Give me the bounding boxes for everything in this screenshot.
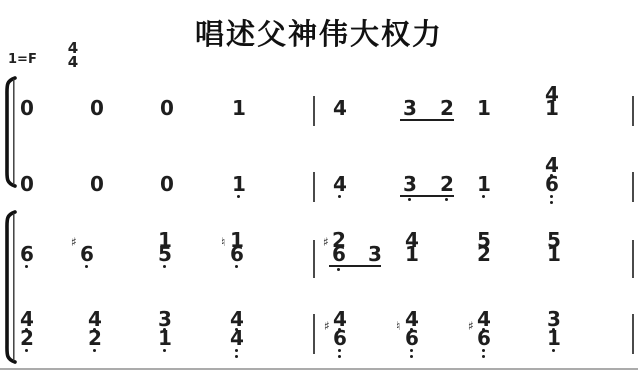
note-digit: 0 [160, 98, 174, 118]
note-digit: 6 [477, 328, 491, 348]
note-digit: 3 [403, 98, 417, 118]
note-digit: 0 [160, 174, 174, 194]
note-digit: 4 [333, 174, 347, 194]
brace-icon [0, 76, 18, 188]
note-digit: 2 [440, 174, 454, 194]
barline [632, 172, 634, 202]
note-digit: 2 [88, 328, 102, 348]
octave-dot [410, 355, 413, 358]
note-digit: 6 [332, 244, 346, 264]
octave-dot [235, 349, 238, 352]
octave-dot [550, 201, 553, 204]
note-digit: 0 [20, 174, 34, 194]
natural-icon: ♮ [396, 320, 400, 332]
score-sheet: 唱述父神伟大权力 1=F 4 4 0001432141000143214666♯… [0, 0, 638, 370]
octave-dot [163, 349, 166, 352]
note-digit: 6 [333, 328, 347, 348]
octave-dot [445, 198, 448, 201]
octave-dot [552, 349, 555, 352]
barline [313, 172, 315, 202]
note-digit: 1 [547, 244, 561, 264]
note-digit: 1 [405, 244, 419, 264]
octave-dot [25, 265, 28, 268]
octave-dot [237, 195, 240, 198]
octave-dot [408, 198, 411, 201]
note-digit: 3 [403, 174, 417, 194]
sharp-icon: ♯ [323, 236, 329, 248]
octave-dot [85, 265, 88, 268]
barline [632, 96, 634, 126]
grand-staff-brace [0, 76, 18, 192]
octave-dot [235, 355, 238, 358]
note-digit: 2 [20, 328, 34, 348]
octave-dot [338, 195, 341, 198]
note-digit: 0 [20, 98, 34, 118]
barline [632, 314, 634, 354]
octave-dot [25, 349, 28, 352]
note-digit: 1 [158, 328, 172, 348]
octave-dot [93, 349, 96, 352]
brace-icon [0, 210, 18, 364]
note-digit: 3 [368, 244, 382, 264]
note-digit: 6 [80, 244, 94, 264]
barline [313, 314, 315, 354]
note-digit: 4 [230, 328, 244, 348]
octave-dot [235, 265, 238, 268]
note-digit: 1 [477, 174, 491, 194]
octave-dot [482, 355, 485, 358]
note-digit: 1 [477, 98, 491, 118]
note-digit: 1 [232, 98, 246, 118]
note-digit: 6 [20, 244, 34, 264]
grand-staff-brace [0, 210, 18, 368]
sharp-icon: ♯ [468, 320, 474, 332]
octave-dot [338, 349, 341, 352]
barline [313, 240, 315, 278]
note-digit: 0 [90, 98, 104, 118]
sharp-icon: ♯ [324, 320, 330, 332]
note-digit: 6 [230, 244, 244, 264]
note-digit: 1 [232, 174, 246, 194]
octave-dot [550, 195, 553, 198]
note-digit: 6 [405, 328, 419, 348]
note-digit: 4 [333, 98, 347, 118]
note-digit: 2 [440, 98, 454, 118]
note-digit: 0 [90, 174, 104, 194]
note-digit: 1 [545, 98, 559, 118]
barline [313, 96, 315, 126]
octave-dot [163, 265, 166, 268]
octave-dot [410, 349, 413, 352]
note-digit: 2 [477, 244, 491, 264]
natural-icon: ♮ [221, 236, 225, 248]
note-digit: 1 [547, 328, 561, 348]
octave-dot [482, 349, 485, 352]
octave-dot [338, 355, 341, 358]
note-digit: 6 [545, 174, 559, 194]
octave-dot [337, 268, 340, 271]
barline [632, 240, 634, 278]
score: 0001432141000143214666♯151♮626♯341525142… [0, 0, 638, 370]
sharp-icon: ♯ [71, 236, 77, 248]
note-digit: 5 [158, 244, 172, 264]
octave-dot [482, 195, 485, 198]
